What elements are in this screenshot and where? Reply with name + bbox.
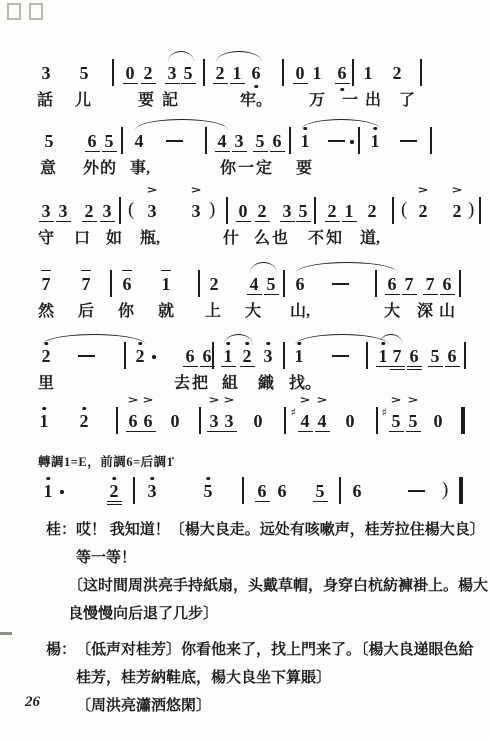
barline [289, 127, 291, 154]
lyric: 的 [100, 155, 116, 178]
beam-underline-icon [39, 221, 54, 223]
beam-underline-icon [402, 294, 417, 296]
speaker-label: 楊： [46, 636, 76, 720]
accent-icon: > [223, 395, 234, 406]
dialogue-line: 〔这时間周洪亮手持紙扇，头戴草帽，身穿白杭紡褲褂上。楊大 [68, 572, 488, 600]
beam-underline-icon [213, 83, 228, 85]
lyric: 然 [38, 298, 54, 321]
beam-underline-icon [423, 294, 438, 296]
octave-dot-above-icon [46, 477, 50, 481]
note: 3> [146, 201, 158, 221]
dialogue-line: 〔低声对桂芳〕你看他来了，找上門来了。〔楊大良递眼色給 [76, 636, 482, 664]
lyric: 上 [205, 298, 221, 321]
lyric: 你 [220, 155, 236, 178]
note: 5 [202, 481, 214, 501]
beam-underline-icon [100, 221, 115, 223]
dialogue-line: 良慢慢向后退了几步〕 [68, 600, 488, 628]
octave-dot-above-icon [381, 342, 385, 346]
lyric: 后 [78, 298, 94, 321]
note: 3 [40, 63, 52, 83]
note: 2 [208, 274, 220, 294]
note: 5 [254, 131, 266, 151]
parenthesis: ) [442, 480, 448, 500]
barline [203, 59, 205, 86]
music-line-4: 776124566776然后你就上大山,大深山 [0, 274, 490, 322]
slur-tie [42, 334, 146, 345]
lyric: 織 [258, 370, 274, 393]
note: 6> [142, 411, 154, 431]
beam-underline-icon [230, 83, 245, 85]
lyric: 大 [245, 298, 261, 321]
slur-tie [250, 262, 277, 273]
note: 1 [222, 346, 234, 366]
note: 2 [78, 411, 90, 431]
note: 0 [432, 411, 444, 431]
music-line-2: 5654435611意外的事,你一定要 [0, 131, 490, 179]
note: 2> [417, 201, 429, 221]
music-line-3: 3323(3>3>)0235212(2>2>)守口如瓶,什么也不知道, [0, 201, 490, 249]
note: 0 [252, 411, 264, 431]
note: 7 [403, 274, 415, 294]
slur-tie [168, 51, 194, 62]
note: 4> [316, 411, 328, 431]
beam-underline-icon [107, 504, 122, 506]
lyric: 話 [37, 87, 53, 110]
parenthesis: ) [209, 200, 215, 220]
note: 1 [377, 346, 389, 366]
note: 0 [124, 63, 136, 83]
lyric: 口 [74, 225, 90, 248]
augmentation-dot [152, 355, 156, 359]
lyric: 把 [192, 370, 208, 393]
barline [375, 270, 377, 297]
dash-extension [400, 140, 417, 142]
octave-dot-above-icon [297, 342, 301, 346]
barline [430, 127, 432, 154]
barline [352, 59, 354, 86]
beam-underline-icon [102, 151, 117, 153]
note: 2 [134, 346, 146, 366]
note: 2 [108, 481, 120, 501]
note: 6 [441, 274, 453, 294]
accent-icon: > [127, 395, 138, 406]
sharp-icon: ♯ [382, 406, 387, 419]
octave-dot-above-icon [112, 477, 116, 481]
beam-underline-icon [232, 151, 247, 153]
dash-extension [166, 140, 183, 142]
final-barline [459, 477, 463, 504]
beam-underline-icon [56, 221, 71, 223]
music-line-1: 35023521601612話儿要記牢。万一出了 [0, 63, 490, 111]
accent-icon: > [451, 185, 462, 196]
beam-underline-icon [315, 431, 330, 433]
note: 2 [214, 63, 226, 83]
slur-tie [295, 334, 389, 345]
dialogue-line: 〔周洪亮瀟洒悠閑〕 [76, 692, 482, 720]
octave-dot-above-icon [206, 477, 210, 481]
beam-underline-icon [236, 221, 251, 223]
note: 1 [231, 63, 243, 83]
note: 0 [344, 411, 356, 431]
note: 5 [182, 63, 194, 83]
beam-underline-icon [293, 83, 308, 85]
lyric: 也 [272, 225, 288, 248]
lyric: 記 [162, 87, 178, 110]
beam-underline-icon [141, 83, 156, 85]
note: 2 [142, 63, 154, 83]
note: 6 [86, 131, 98, 151]
octave-dot-above-icon [82, 407, 86, 411]
beam-underline-icon [407, 366, 422, 368]
lyric: 么 [254, 225, 270, 248]
dialogue-entry-1: 桂：哎！ 我知道！〔楊大良走。远处有咳嗽声，桂芳拉住楊大良〕等一等！〔这时間周洪… [46, 516, 482, 628]
note: 1 [362, 63, 374, 83]
dash-extension [78, 355, 95, 357]
beam-underline-icon [247, 294, 262, 296]
note: 4♯> [299, 411, 311, 431]
barline [124, 342, 126, 369]
tenuto-line-icon [81, 270, 91, 272]
beam-underline-icon [270, 151, 285, 153]
accent-icon: > [316, 395, 327, 406]
note: 3> [223, 411, 235, 431]
beam-underline-icon [240, 366, 255, 368]
note: 2 [241, 346, 253, 366]
note: 1 [38, 411, 50, 431]
lyric: 不 [308, 225, 324, 248]
barline [366, 342, 368, 369]
beam-underline-icon [107, 501, 122, 503]
dash-extension [328, 140, 345, 142]
augmentation-dot [350, 140, 354, 144]
dash-extension [332, 283, 349, 285]
octave-dot-above-icon [373, 127, 377, 131]
note: 1 [369, 131, 381, 151]
note: 6 [386, 274, 398, 294]
lyric: 深 [417, 298, 433, 321]
accent-icon: > [146, 185, 157, 196]
accent-icon: > [417, 185, 428, 196]
beam-underline-icon [390, 369, 405, 371]
beam-underline-icon [407, 369, 422, 371]
scan-artifact [0, 632, 12, 635]
lyric: 山 [439, 298, 455, 321]
barline [112, 59, 114, 86]
note: 2 [256, 201, 268, 221]
note: 3 [166, 63, 178, 83]
barline [314, 197, 316, 224]
note: 6 [256, 481, 268, 501]
beam-underline-icon [183, 366, 198, 368]
barline [392, 197, 394, 224]
note: 5 [265, 274, 277, 294]
note: 7 [391, 346, 403, 366]
beam-underline-icon [376, 366, 391, 368]
barline [199, 407, 201, 434]
octave-dot-above-icon [44, 342, 48, 346]
note: 3> [190, 201, 202, 221]
barline [205, 127, 207, 154]
lyric: 出 [365, 87, 381, 110]
barline [212, 342, 214, 369]
beam-underline-icon [313, 501, 328, 503]
sheet-music-page: 35023521601612話儿要記牢。万一出了5654435611意外的事,你… [0, 0, 490, 741]
note: 1 [299, 131, 311, 151]
note: 3 [101, 201, 113, 221]
final-barline [461, 407, 465, 434]
barline [358, 127, 360, 154]
octave-dot-above-icon [266, 342, 270, 346]
note: 3 [57, 201, 69, 221]
lyric: 找。 [289, 370, 321, 393]
note: 6 [271, 131, 283, 151]
lyric: 意 [40, 155, 56, 178]
note: 5 [43, 131, 55, 151]
beam-underline-icon [126, 431, 141, 433]
lyric: 要 [138, 87, 154, 110]
beam-underline-icon [342, 221, 357, 223]
octave-dot-above-icon [245, 342, 249, 346]
note: 3 [40, 201, 52, 221]
note: 5 [429, 346, 441, 366]
note: 6 [250, 63, 262, 83]
dialogue-line: 桂芳，桂芳納鞋底，楊大良坐下算賬〕 [76, 664, 482, 692]
barline [420, 59, 422, 86]
parenthesis: ) [468, 200, 474, 220]
barline [116, 407, 118, 434]
note: 7 [80, 274, 92, 294]
note: 6 [408, 346, 420, 366]
barline [121, 127, 123, 154]
lyric: 牢。 [240, 87, 272, 110]
lyric: 什 [223, 225, 239, 248]
octave-dot-above-icon [226, 342, 230, 346]
note: 6 [336, 63, 348, 83]
note: 0 [294, 63, 306, 83]
octave-dot-above-icon [303, 127, 307, 131]
note: 5 [103, 131, 115, 151]
barline [283, 342, 285, 369]
beam-underline-icon [445, 366, 460, 368]
beam-underline-icon [280, 221, 295, 223]
beam-underline-icon [253, 151, 268, 153]
lyric: 去 [174, 370, 190, 393]
beam-underline-icon [335, 83, 350, 85]
barline [110, 270, 112, 297]
lyric: 山, [290, 298, 310, 321]
note: 2 [326, 201, 338, 221]
note: 5♯> [390, 411, 402, 431]
sharp-icon: ♯ [291, 406, 296, 419]
barline [119, 197, 121, 224]
note: 2 [391, 63, 403, 83]
note: 5 [314, 481, 326, 501]
beam-underline-icon [255, 501, 270, 503]
note: 0 [237, 201, 249, 221]
page-number: 26 [25, 694, 40, 711]
note: 2 [366, 201, 378, 221]
music-line-5: 2266123117656里去把組織找。 [0, 346, 490, 394]
accent-icon: > [390, 395, 401, 406]
note: 1 [42, 481, 54, 501]
lyric: 知 [326, 225, 342, 248]
note: 6 [184, 346, 196, 366]
note: 6 [351, 481, 363, 501]
lyric: 如 [106, 225, 122, 248]
dash-extension [332, 355, 349, 357]
barline [133, 477, 135, 504]
beam-underline-icon [325, 221, 340, 223]
barline [339, 477, 341, 504]
dialogue-line: 等一等！ [76, 544, 488, 572]
beam-underline-icon [215, 151, 230, 153]
barline [282, 59, 284, 86]
octave-dot-above-icon [138, 342, 142, 346]
note: 4 [133, 131, 145, 151]
beam-underline-icon [207, 431, 222, 433]
note: 3 [233, 131, 245, 151]
beam-underline-icon [181, 83, 196, 85]
slur-tie [296, 262, 398, 273]
tenuto-line-icon [122, 270, 132, 272]
beam-underline-icon [165, 83, 180, 85]
note: 5> [407, 411, 419, 431]
tenuto-line-icon [41, 270, 51, 272]
barline [464, 342, 466, 369]
note: 6 [276, 481, 288, 501]
note: 1 [160, 274, 172, 294]
beam-underline-icon [406, 431, 421, 433]
note: 3 [262, 346, 274, 366]
barline [198, 270, 200, 297]
note: 6 [294, 274, 306, 294]
beam-underline-icon [390, 366, 405, 368]
beam-underline-icon [221, 366, 236, 368]
beam-underline-icon [222, 431, 237, 433]
accent-icon: > [407, 395, 418, 406]
beam-underline-icon [255, 221, 270, 223]
beam-underline-icon [82, 221, 97, 223]
barline [284, 407, 286, 434]
beam-underline-icon [385, 294, 400, 296]
note: 2 [40, 346, 52, 366]
barline [459, 270, 461, 297]
note: 3> [208, 411, 220, 431]
accent-icon: > [208, 395, 219, 406]
note: 1 [343, 201, 355, 221]
note: 7 [40, 274, 52, 294]
barline [479, 197, 481, 224]
accent-icon: > [299, 395, 310, 406]
note: 7 [424, 274, 436, 294]
lyric: 里 [38, 370, 54, 393]
octave-dot-above-icon [42, 407, 46, 411]
beam-underline-icon [428, 366, 443, 368]
lyric: 事, [130, 155, 150, 178]
note: 0 [169, 411, 181, 431]
accent-icon: > [142, 395, 153, 406]
slur-tie [216, 51, 262, 62]
lyric: 一 [238, 155, 254, 178]
tenuto-line-icon [161, 270, 171, 272]
slur-tie [135, 119, 228, 130]
note: 6 [121, 274, 133, 294]
beam-underline-icon [296, 221, 311, 223]
note: 5 [78, 63, 90, 83]
note: 2> [451, 201, 463, 221]
octave-dot-above-icon [150, 477, 154, 481]
lyric: 了 [399, 87, 415, 110]
lyric: 道, [360, 225, 380, 248]
beam-underline-icon [389, 431, 404, 433]
augmentation-dot [60, 490, 64, 494]
note: 5 [297, 201, 309, 221]
note: 1 [311, 63, 323, 83]
note: 1 [293, 346, 305, 366]
barline [226, 197, 228, 224]
dialogue-lines: 〔低声对桂芳〕你看他来了，找上門来了。〔楊大良递眼色給桂芳，桂芳納鞋底，楊大良坐… [76, 636, 482, 720]
lyric: 要 [296, 155, 312, 178]
lyric: 外 [83, 155, 99, 178]
dialogue-lines: 哎！ 我知道！〔楊大良走。远处有咳嗽声，桂芳拉住楊大良〕等一等！〔这时間周洪亮手… [76, 516, 488, 628]
beam-underline-icon [85, 151, 100, 153]
dash-extension [408, 490, 425, 492]
dialogue-section: 桂：哎！ 我知道！〔楊大良走。远处有咳嗽声，桂芳拉住楊大良〕等一等！〔这时間周洪… [46, 516, 482, 720]
lyric: 你 [118, 298, 134, 321]
lyric: 就 [158, 298, 174, 321]
parenthesis: ( [128, 200, 134, 220]
lyric: 守 [38, 225, 54, 248]
barline [376, 407, 378, 434]
note: 6 [446, 346, 458, 366]
lyric: 定 [256, 155, 272, 178]
note: 2 [83, 201, 95, 221]
slur-tie [301, 119, 381, 130]
barline [283, 270, 285, 297]
lyric: 瓶, [140, 225, 160, 248]
lyric: 万 [309, 87, 325, 110]
dialogue-entry-2: 楊：〔低声对桂芳〕你看他来了，找上門来了。〔楊大良递眼色給桂芳，桂芳納鞋底，楊大… [46, 636, 482, 720]
note: 6> [127, 411, 139, 431]
lyric: 一 [342, 87, 358, 110]
modulation-note: 轉調1=E，前調6=后調1̇ [38, 452, 173, 470]
parenthesis: ( [401, 200, 407, 220]
note: 4 [216, 131, 228, 151]
barline [242, 477, 244, 504]
beam-underline-icon [264, 294, 279, 296]
beam-underline-icon [298, 431, 313, 433]
lyric: 儿 [75, 87, 91, 110]
note: 3 [146, 481, 158, 501]
beam-underline-icon [141, 431, 156, 433]
beam-underline-icon [123, 83, 138, 85]
accent-icon: > [190, 185, 201, 196]
note: 4 [248, 274, 260, 294]
note: 3 [281, 201, 293, 221]
beam-underline-icon [440, 294, 455, 296]
dialogue-line: 哎！ 我知道！〔楊大良走。远处有咳嗽声，桂芳拉住楊大良〕 [76, 516, 488, 544]
lyric: 組 [222, 370, 238, 393]
lyric: 大 [384, 298, 400, 321]
